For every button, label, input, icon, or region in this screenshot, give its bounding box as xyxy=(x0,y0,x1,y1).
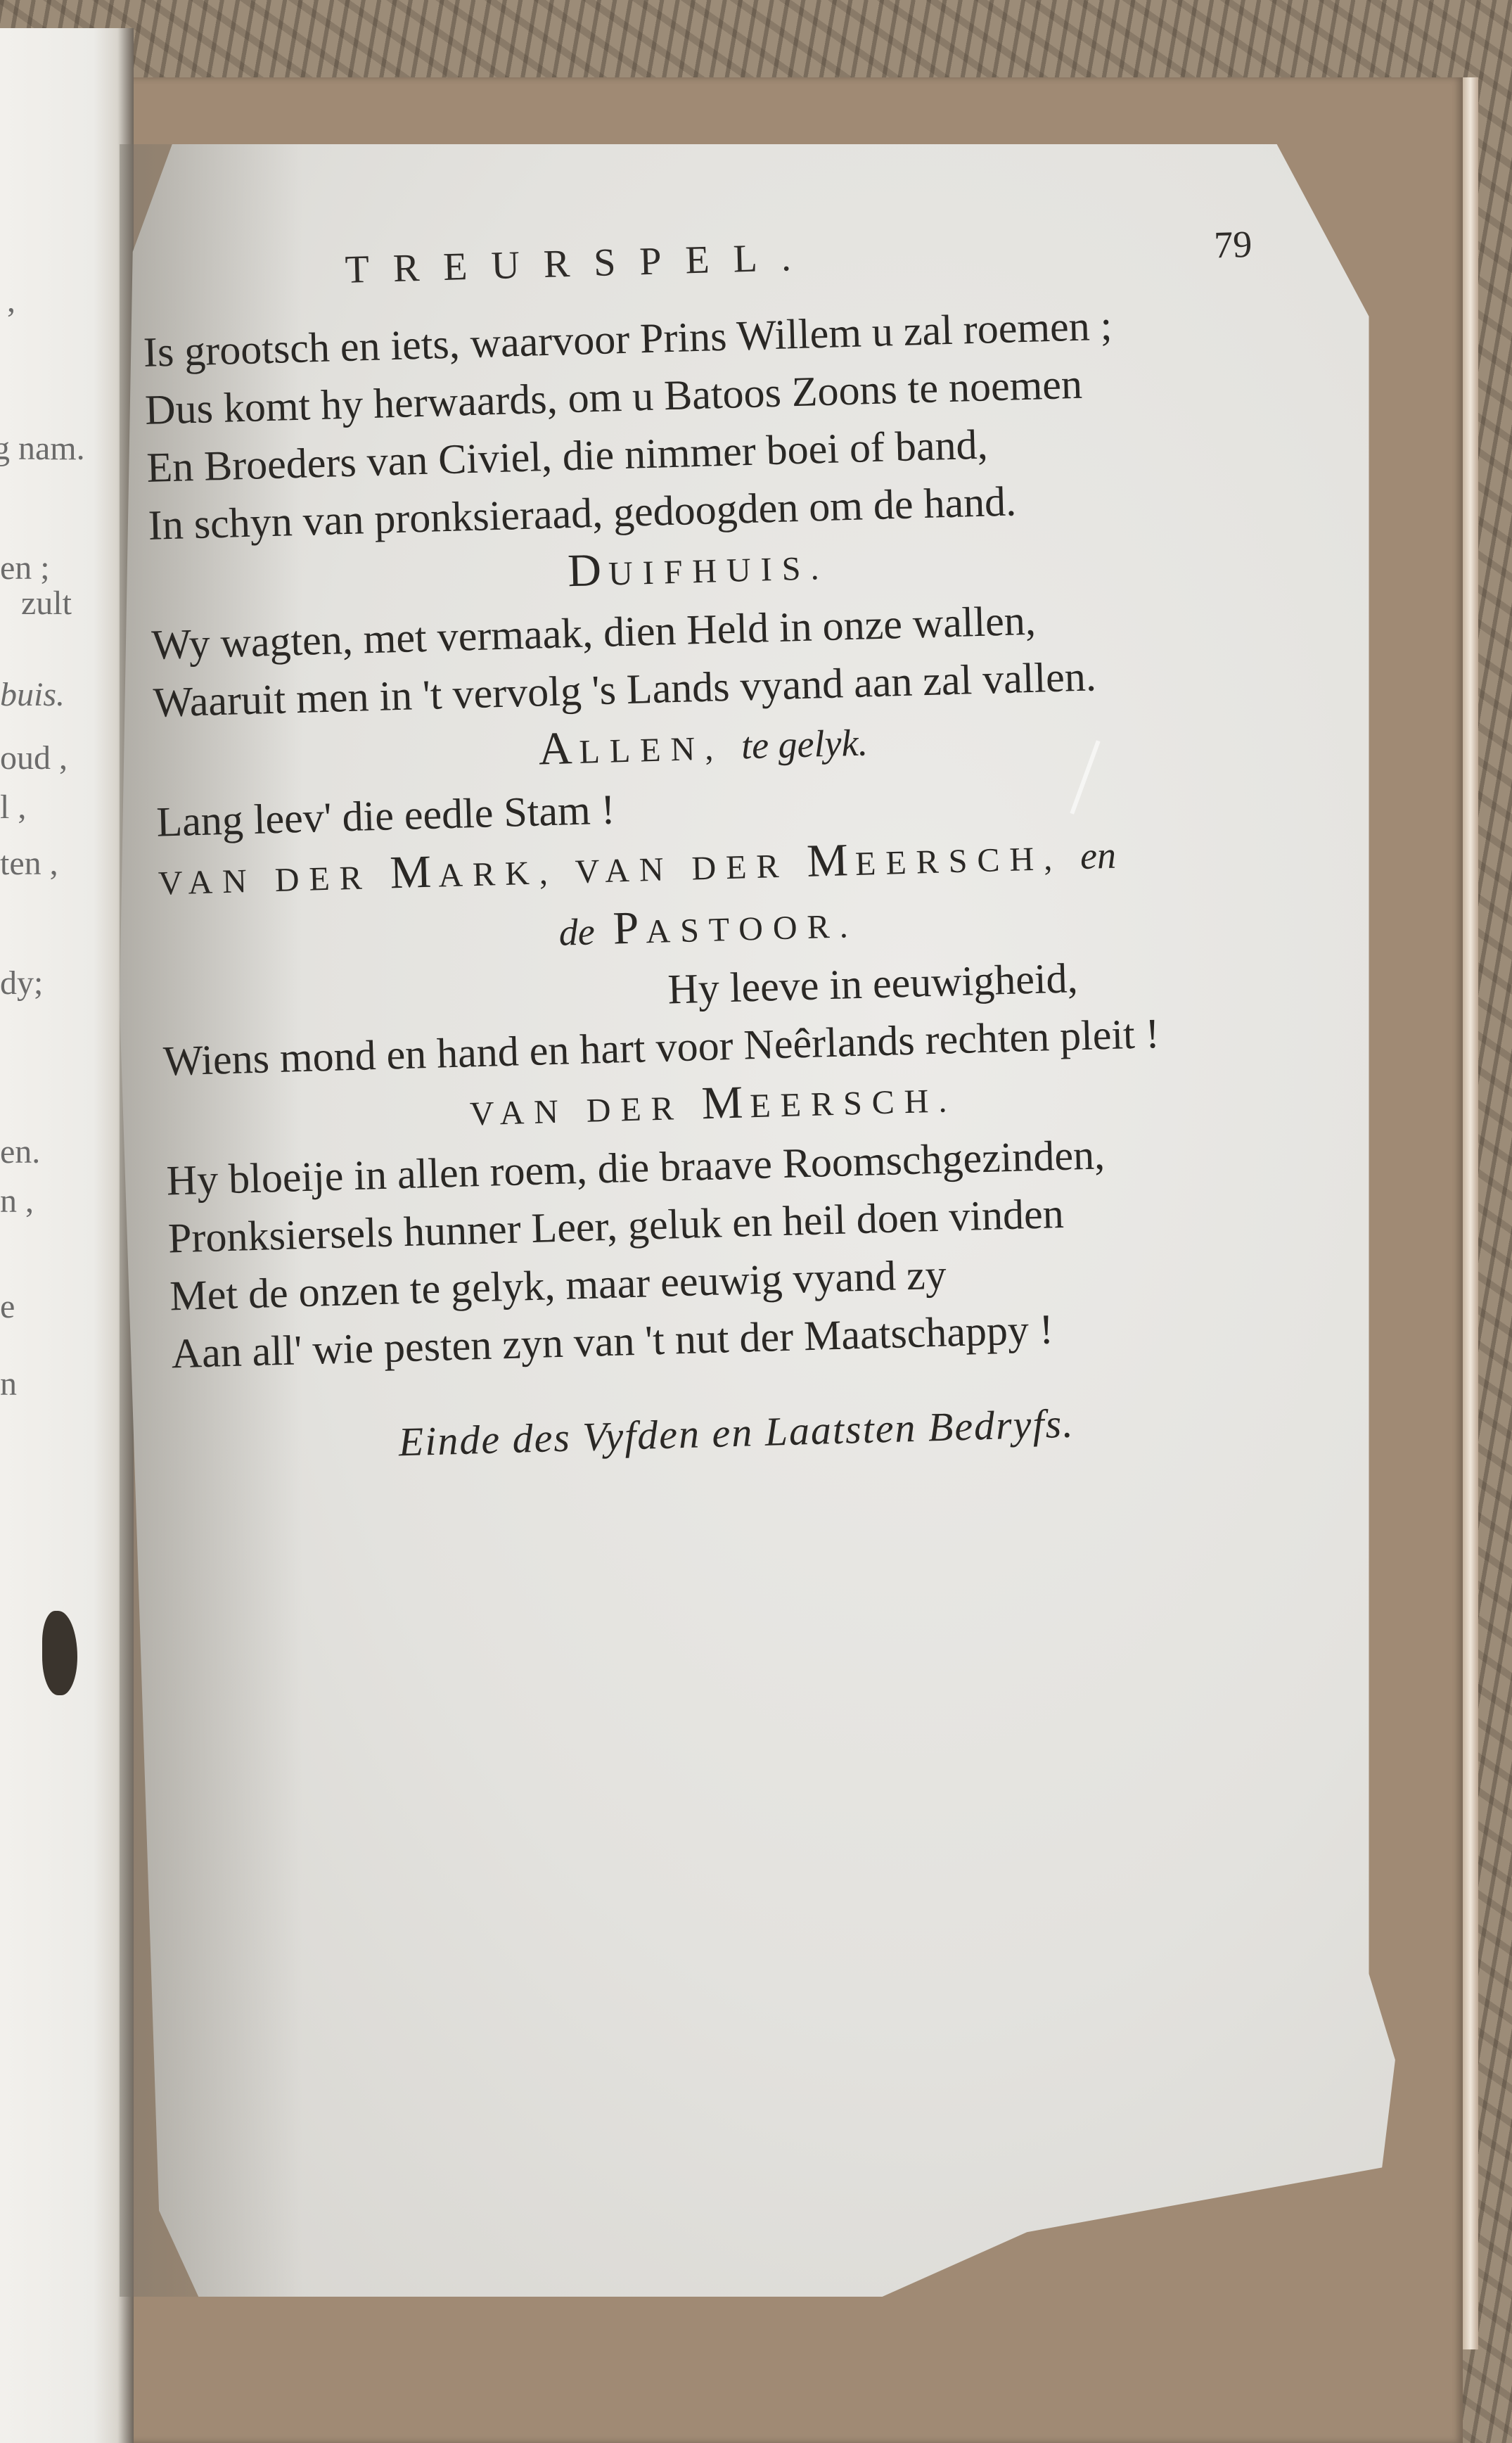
page-text: TREURSPEL. 79 Is grootsch en iets, waarv… xyxy=(141,222,1271,1472)
left-fragment: zult xyxy=(21,584,72,623)
page-number: 79 xyxy=(1213,222,1252,267)
left-fragment: buis. xyxy=(0,675,65,714)
left-facing-page: , g nam. en ; zult buis. oud , l , ten ,… xyxy=(0,28,134,2443)
left-fragment: g nam. xyxy=(0,429,85,468)
left-fragment: en ; xyxy=(0,549,50,587)
left-fragment: dy; xyxy=(0,964,43,1002)
left-fragment: n , xyxy=(0,1182,34,1220)
cover-edge xyxy=(1463,77,1478,2349)
left-fragment: l , xyxy=(0,788,26,827)
left-fragment: en. xyxy=(0,1133,40,1171)
left-fragment: ten , xyxy=(0,844,58,883)
left-fragment: , xyxy=(7,281,15,320)
left-fragment: e xyxy=(0,1287,15,1326)
left-fragment: oud , xyxy=(0,739,68,777)
left-fragment: n xyxy=(0,1365,17,1403)
